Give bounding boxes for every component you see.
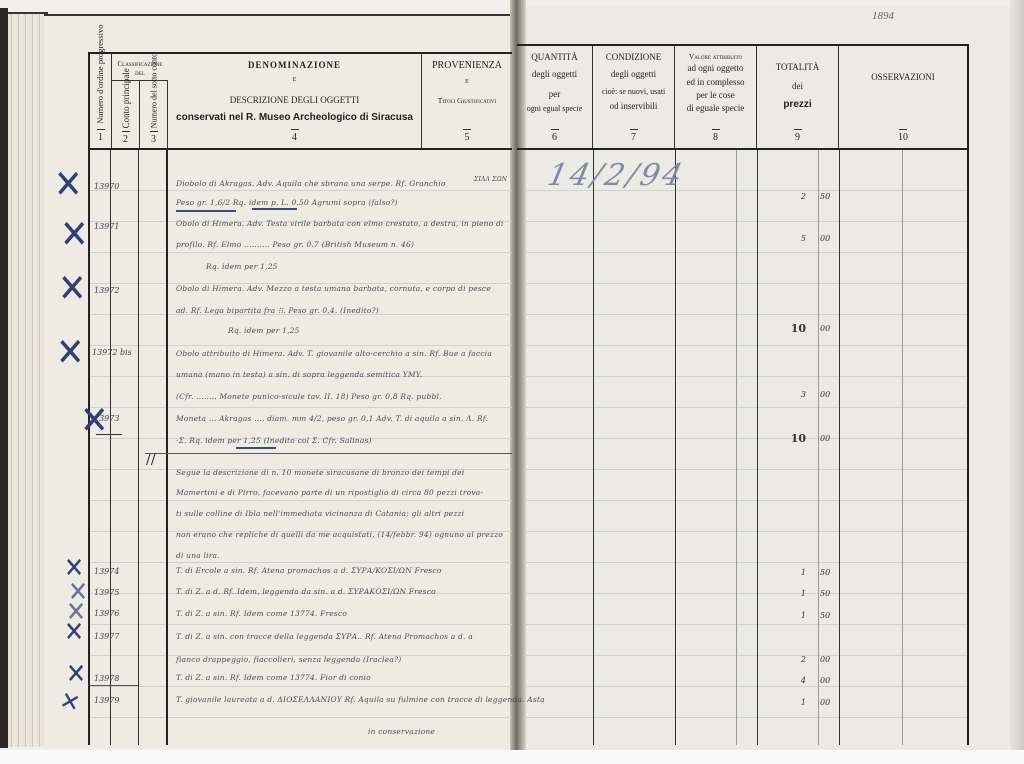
entry-underline (96, 434, 122, 435)
entry-line: T. di Z. a d. Rf. Idem, leggenda da sin.… (176, 587, 436, 596)
amount-lire: 1 (801, 611, 806, 620)
check-mark-icon: ✕ (64, 618, 84, 646)
col-7-line3: cioè: se nuovi, usati (593, 87, 674, 97)
entry-line: T. di Ercole a sin. Rf. Atena promachos … (176, 566, 442, 575)
header-right: QUANTITÀ degli oggetti per ogni egual sp… (517, 44, 969, 150)
rule (110, 150, 111, 745)
note-line: non erano che repliche di quelli da me a… (176, 530, 503, 539)
underline-mark (252, 208, 297, 210)
underline-mark (176, 210, 236, 212)
header-col-4: DENOMINAZIONE E DESCRIZIONE DEGLI OGGETT… (168, 54, 422, 148)
col-3-label: Numero del sotto conto (149, 84, 158, 128)
rule (736, 150, 737, 745)
amount-lire: 10 (791, 322, 806, 335)
entry-line: Obolo di Himera. Adv. Mezzo a testa uman… (176, 284, 491, 293)
col-10-number: 10 (839, 129, 967, 145)
rule (138, 150, 139, 745)
col-6-line1: QUANTITÀ (517, 52, 592, 63)
amount-lire: 10 (791, 432, 806, 445)
header-col-5: PROVENIENZA E Titoli Giustificativi 5 (422, 54, 512, 148)
entry-number: 13974 (94, 567, 119, 576)
col-2-label: Conto principale (120, 88, 130, 128)
col-7-line4: od inservibili (593, 101, 674, 112)
rule (166, 150, 168, 745)
entry-line: Moneta ... Akragas ..., diam. mm 4/2, pe… (176, 414, 488, 423)
header-col-7: CONDIZIONE degli oggetti cioè: se nuovi,… (593, 46, 675, 148)
col-1-number: 1 (90, 129, 111, 145)
col-9-number: 9 (757, 129, 838, 145)
page-number: 1894 (872, 10, 894, 22)
col-9-line2: dei (757, 81, 838, 92)
col-2-number: 2 (112, 131, 139, 147)
amount-lire: 4 (801, 676, 806, 685)
amount-cent: 00 (820, 234, 830, 243)
date-stamp: 14/2/94 (544, 158, 688, 193)
entry-line: Obolo attribuito di Himera. Adv. T. giov… (176, 349, 492, 358)
col-4-subtitle: DESCRIZIONE DEGLI OGGETTI (168, 95, 421, 106)
amount-lire: 1 (801, 589, 806, 598)
col-8-line1: Valore attribuito (675, 52, 756, 61)
amount-cent: 00 (820, 676, 830, 685)
amount-lire: 1 (801, 568, 806, 577)
rule (593, 150, 594, 745)
header-col-10: OSSERVAZIONI 10 (839, 46, 967, 148)
book-cover-edge (0, 8, 8, 748)
amount-cent: 50 (820, 589, 830, 598)
entry-line: umana (mano in testa) a sin. di sopra le… (176, 370, 423, 379)
amount-lire: 3 (801, 390, 806, 399)
scan-background (0, 750, 1024, 764)
entry-line: T. di Z. a sin. con tracce della leggend… (176, 632, 473, 641)
rule (818, 150, 819, 745)
entry-number: 13973 (94, 414, 119, 423)
col-6-line3: per (517, 89, 592, 100)
amount-cent: 50 (820, 192, 830, 201)
note-line: ti sulle colline di Ibla nell'immediata … (176, 509, 464, 518)
col-4-number: 4 (168, 129, 421, 145)
header-col-6: QUANTITÀ degli oggetti per ogni egual sp… (517, 46, 593, 148)
entry-number: 13970 (94, 182, 119, 191)
col-5-number: 5 (422, 129, 512, 145)
col-9-line1: TOTALITÀ (757, 62, 838, 73)
col-7-line1: CONDIZIONE (593, 52, 674, 63)
margin-note: ΣΙΛΛ ΣΩΝ (474, 176, 507, 183)
col-9-line3: prezzi (757, 99, 838, 112)
entry-number: 13977 (94, 632, 119, 641)
entry-line: in conservazione (368, 727, 435, 736)
double-slash-mark: // (146, 452, 156, 468)
entry-number: 13972 (94, 286, 119, 295)
col-5-conj: E (422, 79, 512, 87)
entry-line: (Cfr. ........ Monete punico-sicule tav.… (176, 392, 442, 401)
col-6-number: 6 (517, 129, 592, 145)
note-line: di una lira. (176, 551, 220, 560)
amount-cent: 00 (820, 324, 830, 333)
entry-number: 13976 (94, 609, 119, 618)
check-mark-icon: ✕ (60, 215, 89, 254)
check-mark-icon: ✕ (56, 333, 85, 372)
entry-number: 13978 (94, 674, 119, 683)
col-10-line1: OSSERVAZIONI (839, 72, 967, 83)
col-8-number: 8 (675, 129, 756, 145)
header-col-2: Conto principale 2 (112, 80, 140, 150)
col-3-number: 3 (140, 131, 167, 147)
amount-cent: 00 (820, 390, 830, 399)
entry-line: Obolo di Himera. Adv. Testa virile barba… (176, 219, 504, 228)
entry-line: ·Σ. Rq. idem per 1,25 (Inedito col Σ. Cf… (176, 436, 372, 445)
amount-lire: 5 (801, 234, 806, 243)
underline-mark (236, 447, 276, 449)
entry-line: Peso gr. 1,6/2 Rq. idem p. L. 0.50 Agrum… (176, 198, 398, 207)
section-divider (145, 453, 512, 454)
entry-line: fianco drappeggio, fiaccolieri, senza le… (176, 655, 401, 664)
header-col-8: Valore attribuito ad ogni oggetto ed in … (675, 46, 757, 148)
entry-line: ad. Rf. Lega bipartita fra ⁝⁝. Peso gr. … (176, 306, 379, 315)
col-4-note: conservati nel R. Museo Archeologico di … (168, 112, 421, 125)
col-6-line4: ogni egual specie (517, 104, 592, 114)
col-7-line2: degli oggetti (593, 69, 674, 80)
entry-line: Diobolo di Akragas. Adv. Aquila che sbra… (176, 179, 446, 188)
entry-line: profilo. Rf. Elmo .......... Peso gr. 0.… (176, 240, 414, 249)
rule (839, 150, 840, 745)
col-4-conj: E (168, 77, 421, 85)
page-edge-shadow (1010, 0, 1024, 764)
check-mark-icon: ✕ (58, 269, 87, 308)
ledger-spread: 1894 Numero d'ordine progressivo 1 Class… (0, 0, 1024, 764)
amount-cent: 00 (820, 655, 830, 664)
col-8-line4: per le cose (675, 90, 756, 101)
entry-line: Rq. idem per 1,25 (206, 262, 278, 271)
amount-cent: 00 (820, 434, 830, 443)
entry-line: T. di Z. a sin. Rf. Idem come 13774. Fio… (176, 673, 371, 682)
col-8-line3: ed in complesso (675, 77, 756, 88)
amount-cent: 50 (820, 611, 830, 620)
note-line: Mamertini e di Pirro, facevano parte di … (176, 488, 483, 497)
note-line: Segue la descrizione di n. 10 monete sir… (176, 468, 464, 477)
entry-divider (88, 685, 138, 686)
header-col-1: Numero d'ordine progressivo 1 (90, 54, 112, 148)
check-mark-icon: ✕ (66, 660, 86, 688)
header-col-3: Numero del sotto conto 3 (140, 80, 168, 150)
amount-lire: 2 (801, 192, 806, 201)
col-6-line2: degli oggetti (517, 69, 592, 80)
entry-line: T. di Z. a sin. Rf. Idem come 13774. Fre… (176, 609, 347, 618)
col-7-number: 7 (593, 129, 674, 145)
entry-number: 13972 bis (92, 348, 132, 357)
entry-number: 13971 (94, 222, 119, 231)
entry-number: 13975 (94, 588, 119, 597)
col-8-line2: ad ogni oggetto (675, 63, 756, 74)
col-5-subtitle: Titoli Giustificativi (422, 96, 512, 105)
entry-line: T. giovanile laureata a d. ΔΙΟΣΕΛΛΑΝΙΟΥ … (176, 695, 545, 704)
entry-line: Rq. idem per 1,25 (228, 326, 300, 335)
amount-cent: 00 (820, 698, 830, 707)
amount-lire: 1 (801, 698, 806, 707)
header-left: Numero d'ordine progressivo 1 Classifica… (88, 52, 512, 150)
amount-cent: 50 (820, 568, 830, 577)
rule (757, 150, 758, 745)
col-4-title: DENOMINAZIONE (168, 60, 421, 71)
page-edges (8, 12, 48, 747)
col-5-title: PROVENIENZA (422, 60, 512, 73)
rule (967, 150, 969, 745)
check-mark-icon: ✕ (54, 165, 83, 204)
entry-number: 13979 (94, 696, 119, 705)
col-1-label: Numero d'ordine progressivo (96, 54, 106, 124)
amount-lire: 2 (801, 655, 806, 664)
rule (902, 150, 903, 745)
col-8-line5: di eguale specie (675, 103, 756, 114)
header-col-9: TOTALITÀ dei prezzi 9 (757, 46, 839, 148)
rule (675, 150, 676, 745)
